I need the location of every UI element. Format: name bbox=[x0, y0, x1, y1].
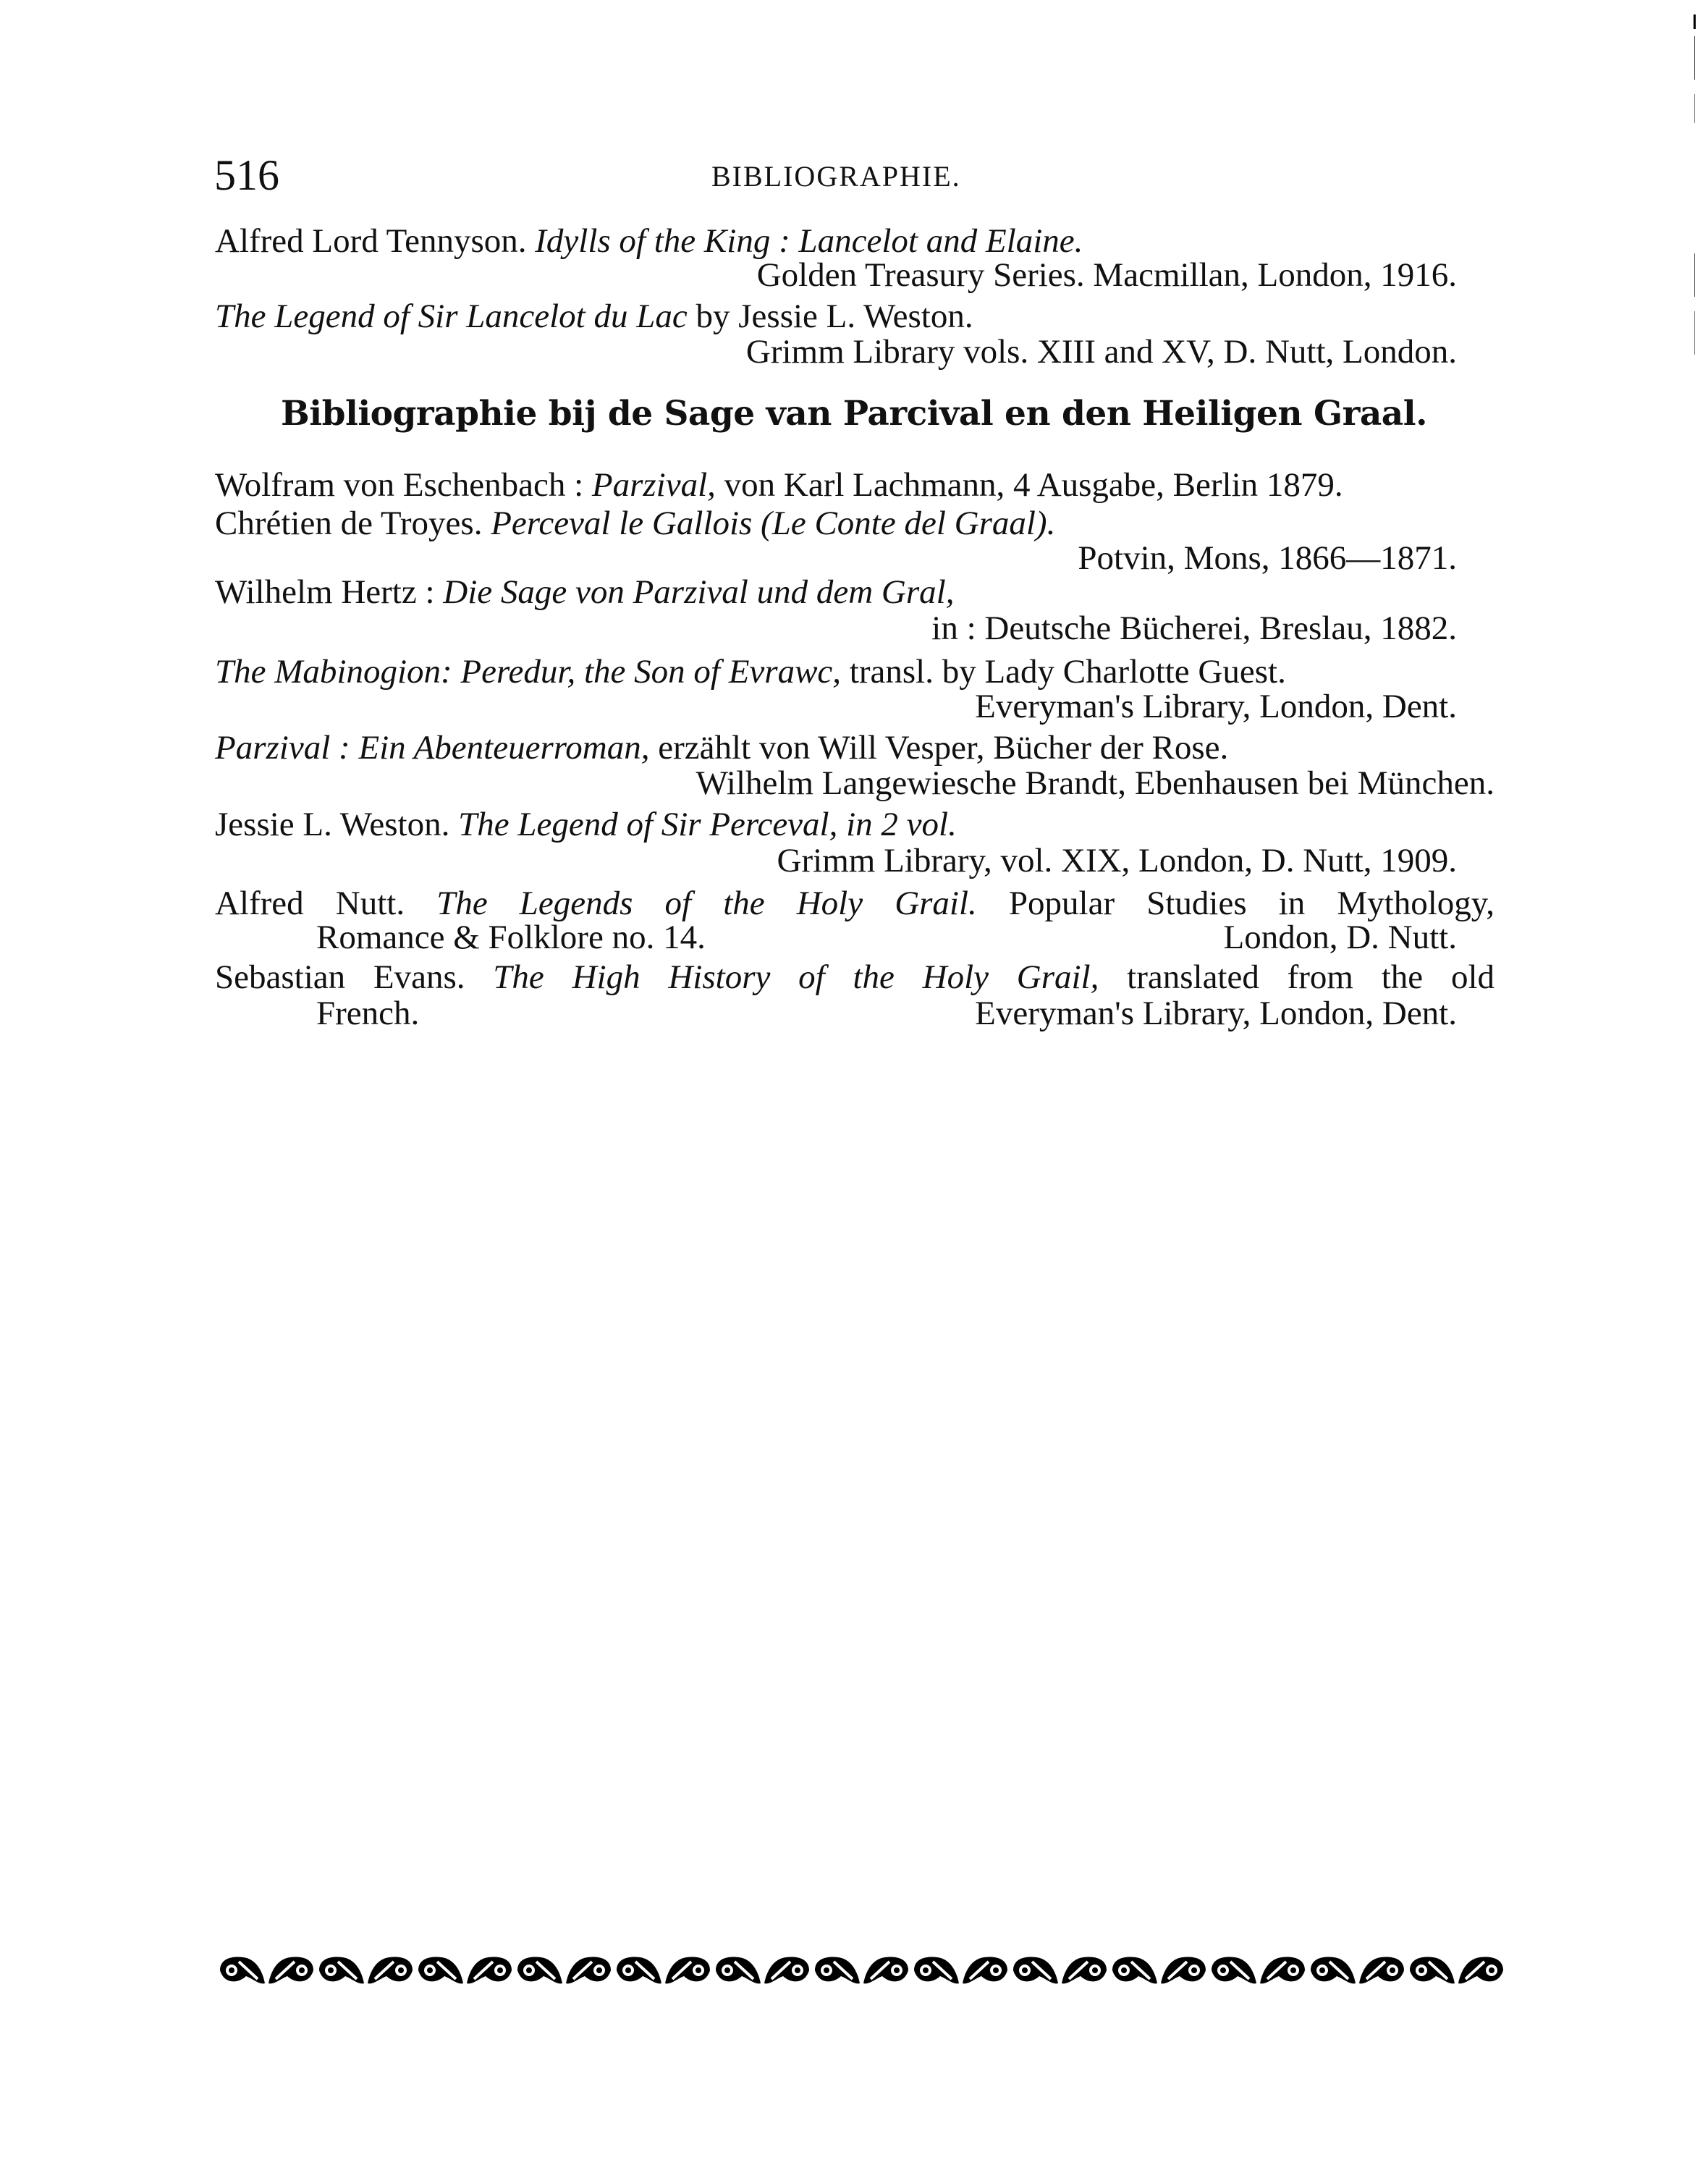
entry-publisher: Potvin, Mons, 1866—1871. bbox=[1078, 541, 1457, 575]
palmette-scroll-border-icon bbox=[217, 1954, 1505, 1986]
entry-title: The Legend of Sir Perceval, in 2 vol. bbox=[458, 806, 957, 843]
entry-author: Chrétien de Troyes. bbox=[215, 505, 491, 542]
entry-title: Idylls of the King : Lancelot and Elaine… bbox=[535, 222, 1083, 260]
entry-publisher: London, D. Nutt. bbox=[1224, 921, 1457, 955]
entry-after-title: von Karl Lachmann, 4 Ausgabe, Berlin 187… bbox=[716, 466, 1343, 504]
entry-continuation: French. bbox=[316, 997, 419, 1031]
entry-after-title: translated from the old bbox=[1099, 958, 1494, 996]
entry-line: Wolfram von Eschenbach : Parzival, von K… bbox=[215, 468, 1343, 502]
entry-author: Jessie L. Weston. bbox=[215, 806, 458, 843]
entry-title: Parzival, bbox=[592, 466, 716, 504]
entry-line: Chrétien de Troyes. Perceval le Gallois … bbox=[215, 507, 1055, 541]
entry-after-title: Popular Studies in Mythology, bbox=[977, 885, 1494, 922]
entry-after-title: transl. by Lady Charlotte Guest. bbox=[841, 653, 1286, 691]
entry-publisher: in : Deutsche Bücherei, Breslau, 1882. bbox=[931, 612, 1457, 646]
entry-line: Sebastian Evans. The High History of the… bbox=[215, 961, 1494, 995]
entry-author: Wilhelm Hertz : bbox=[215, 573, 443, 611]
entry-title: The Legend of Sir Lancelot du Lac bbox=[215, 298, 688, 335]
entry-title: The Mabinogion: Peredur, the Son of Evra… bbox=[215, 653, 841, 691]
entry-line: The Legend of Sir Lancelot du Lac by Jes… bbox=[215, 300, 973, 334]
entry-title: Perceval le Gallois (Le Conte del Graal)… bbox=[491, 505, 1055, 542]
section-heading: Bibliographie bij de Sage van Parcival e… bbox=[0, 397, 1708, 431]
entry-author: Alfred Lord Tennyson. bbox=[215, 222, 535, 260]
entry-author: Wolfram von Eschenbach : bbox=[215, 466, 592, 504]
entry-author: Alfred Nutt. bbox=[215, 885, 436, 922]
entry-continuation: Romance & Folklore no. 14. bbox=[316, 921, 706, 955]
page-number: 516 bbox=[214, 153, 279, 197]
running-head: BIBLIOGRAPHIE. bbox=[711, 162, 961, 191]
entry-author: Sebastian Evans. bbox=[215, 958, 493, 996]
scan-artifact bbox=[1692, 7, 1696, 398]
entry-publisher: Grimm Library, vol. XIX, London, D. Nutt… bbox=[777, 844, 1457, 878]
entry-title: Parzival : Ein Abenteuerroman, bbox=[215, 729, 649, 767]
entry-publisher: Wilhelm Langewiesche Brandt, Ebenhausen … bbox=[696, 767, 1494, 801]
entry-line: Parzival : Ein Abenteuerroman, erzählt v… bbox=[215, 731, 1228, 765]
entry-after-title: erzählt von Will Vesper, Bücher der Rose… bbox=[649, 729, 1228, 767]
entry-line: Jessie L. Weston. The Legend of Sir Perc… bbox=[215, 808, 957, 842]
entry-title: The High History of the Holy Grail, bbox=[493, 958, 1099, 996]
entry-line: Alfred Nutt. The Legends of the Holy Gra… bbox=[215, 887, 1494, 921]
entry-after-title: by Jessie L. Weston. bbox=[688, 298, 973, 335]
entry-line: Wilhelm Hertz : Die Sage von Parzival un… bbox=[215, 575, 954, 609]
entry-publisher: Golden Treasury Series. Macmillan, Londo… bbox=[757, 258, 1457, 292]
entry-title: Die Sage von Parzival und dem Gral, bbox=[443, 573, 954, 611]
entry-line: Alfred Lord Tennyson. Idylls of the King… bbox=[215, 224, 1083, 258]
entry-line: The Mabinogion: Peredur, the Son of Evra… bbox=[215, 655, 1286, 689]
entry-publisher: Grimm Library vols. XIII and XV, D. Nutt… bbox=[746, 335, 1457, 369]
entry-publisher: Everyman's Library, London, Dent. bbox=[975, 690, 1457, 724]
entry-publisher: Everyman's Library, London, Dent. bbox=[975, 997, 1457, 1031]
entry-title: The Legends of the Holy Grail. bbox=[436, 885, 977, 922]
